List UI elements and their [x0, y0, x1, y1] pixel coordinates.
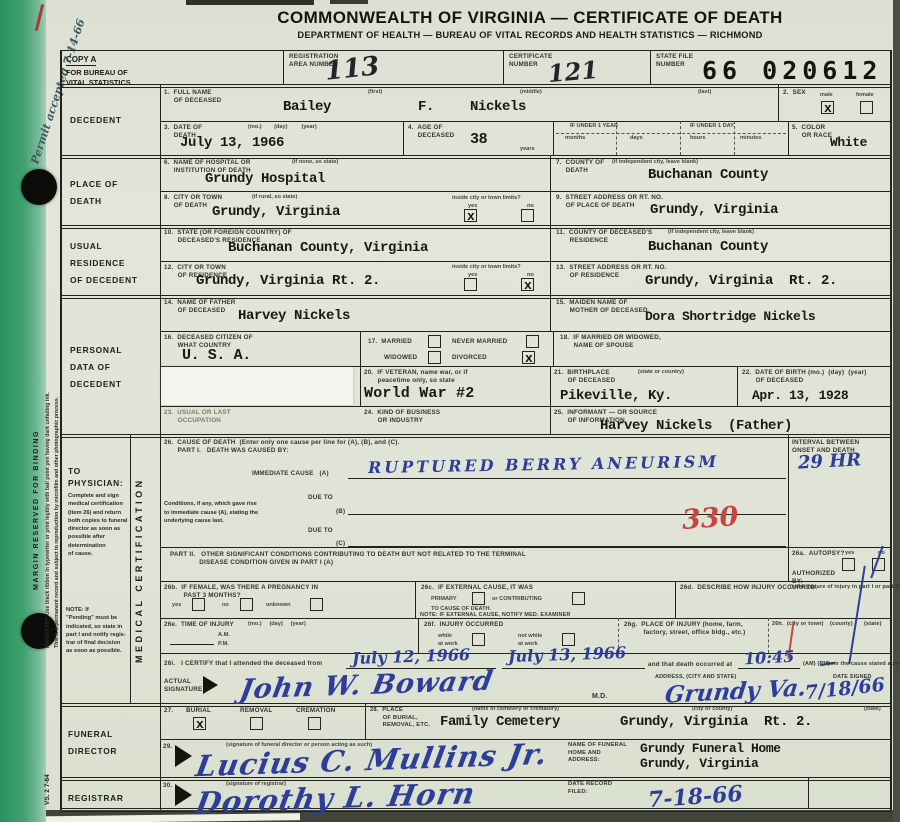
under-1-year-months: months: [565, 135, 585, 142]
section-decedent: DECEDENT: [70, 112, 122, 129]
field-17-never-label: NEVER MARRIED: [452, 338, 507, 346]
rule: [160, 581, 891, 582]
pregnancy-unknown-label: unknown: [266, 602, 291, 609]
rule: [503, 50, 504, 85]
rule: [737, 366, 738, 406]
top-edge-artifact-2: [330, 0, 368, 4]
physician-signature: John W. Boward: [238, 667, 496, 703]
death-limits-yes-mark: x: [467, 210, 475, 223]
field-26-label: 26. CAUSE OF DEATH (Enter only one cause…: [164, 439, 399, 455]
whiteout-patch: [161, 367, 353, 405]
rule: [283, 50, 284, 85]
field-26h-state: (state): [864, 621, 882, 628]
attended-from-value: July 12, 1966: [352, 647, 471, 667]
cause-stated-label: from the cause stated above: [826, 661, 900, 668]
rule: [734, 121, 735, 155]
contributing-checkbox: [572, 592, 585, 605]
section-place-of-death: PLACE OF DEATH: [70, 176, 118, 210]
field-8-value: Grundy, Virginia: [212, 205, 340, 220]
field-26f-label: 26f. INJURY OCCURRED: [424, 621, 503, 629]
field-7-value: Buchanan County: [648, 168, 768, 183]
section-usual-residence: USUAL RESIDENCE OF DECEDENT: [70, 238, 138, 288]
rule: [160, 331, 891, 332]
date-filed-value: 7-18-66: [647, 783, 743, 812]
rule: [60, 84, 891, 88]
margin-important-text: IMPORTANT: Use black ribbon in typewrite…: [45, 218, 54, 648]
section-funeral-director: FUNERAL DIRECTOR: [68, 726, 117, 760]
section-to-physician: TO PHYSICIAN:: [68, 466, 123, 490]
field-27-number: 27.: [164, 707, 173, 715]
rule: [60, 434, 891, 438]
under-1-day-hours: hours: [690, 135, 706, 142]
to-line: [502, 668, 645, 669]
field-10-value: Buchanan County, Virginia: [228, 241, 428, 256]
removal-checkbox: [250, 717, 263, 730]
attended-to-value: July 13, 1966: [508, 645, 627, 665]
rule: [553, 331, 554, 366]
female-checkbox: [860, 101, 873, 114]
field-26e-ampm: A.M. P.M.: [218, 631, 230, 649]
field-17-widowed-label: WIDOWED: [384, 354, 417, 362]
contributing-label: or CONTRIBUTING: [492, 596, 542, 603]
field-1-last-value: Nickels: [470, 100, 526, 115]
field-3-hints: (mo.) (day) (year): [248, 124, 317, 131]
field-17-divorced-label: DIVORCED: [452, 354, 487, 362]
never-married-checkbox: [526, 335, 539, 348]
field-1-label: 1. FULL NAME OF DECEASED: [164, 89, 221, 105]
registrar-arrow-icon: [175, 784, 192, 806]
rule: [160, 261, 891, 262]
rule: [778, 84, 779, 121]
rule: [160, 84, 161, 810]
cemetery-value: Family Cemetery: [440, 715, 560, 730]
time-line: [738, 668, 800, 669]
burial-label: BURIAL: [186, 707, 211, 715]
right-edge-shadow: [893, 0, 900, 822]
funeral-home-label: NAME OF FUNERAL HOME AND ADDRESS:: [568, 742, 627, 765]
field-7-hint: (if independent city, leave blank): [612, 159, 698, 166]
rule: [553, 121, 554, 155]
field-26d-hint: (enter nature of injury in part I or par…: [790, 584, 900, 591]
part-2-label: PART II. OTHER SIGNIFICANT CONDITIONS CO…: [170, 551, 526, 567]
rule: [680, 121, 681, 155]
field-23-label: 23. USUAL OR LAST OCCUPATION: [164, 409, 231, 425]
rule: [60, 50, 891, 51]
actual-signature-label: ACTUAL SIGNATURE: [164, 678, 202, 694]
copy-a-label: COPY A: [66, 55, 96, 66]
field-9-value: Grundy, Virginia: [650, 203, 778, 218]
rule: [360, 331, 361, 406]
autopsy-yes-label: yes: [845, 550, 854, 557]
cause-line-a: [348, 478, 786, 479]
signature-arrow-icon: [203, 676, 218, 694]
field-26h-county: (county): [830, 621, 853, 628]
field-1-last-hint: (last): [698, 89, 711, 96]
funeral-home-value: Grundy Funeral Home Grundy, Virginia: [640, 742, 781, 772]
interval-value: 29 HR: [798, 451, 862, 472]
field-8-limits-label: inside city or town limits?: [452, 195, 521, 202]
margin-binding-text: MARGIN RESERVED FOR BINDING: [33, 240, 44, 590]
field-7-label: 7. COUNTY OF DEATH: [556, 159, 604, 175]
field-29-number: 29.: [163, 743, 172, 751]
residence-limits-yes-checkbox: [464, 278, 477, 291]
field-15-value: Dora Shortridge Nickels: [645, 310, 815, 324]
field-25-value: Harvey Nickels (Father): [600, 419, 792, 434]
field-26g-label: 26g. PLACE OF INJURY (home, farm, factor…: [624, 621, 745, 637]
pregnancy-unknown-checkbox: [310, 598, 323, 611]
death-limits-no-checkbox: [521, 209, 534, 222]
time-of-death-value: 10:45: [744, 649, 795, 668]
time-of-injury-line: [170, 644, 214, 645]
widowed-checkbox: [428, 351, 441, 364]
field-1-first-hint: (first): [368, 89, 382, 96]
rule: [650, 50, 651, 85]
cause-of-death-value: RUPTURED BERRY ANEURISM: [368, 454, 719, 476]
cause-line-c: [348, 546, 786, 547]
to-physician-note: Complete and sign medical certification …: [68, 492, 127, 558]
field-17-married-label: 17. MARRIED: [368, 338, 412, 346]
field-1-first-value: Bailey: [283, 100, 331, 115]
rule: [550, 155, 551, 331]
funeral-director-arrow-icon: [175, 745, 192, 767]
field-4-label: 4. AGE OF DECEASED: [408, 124, 454, 140]
rule: [60, 50, 62, 810]
male-check-mark: x: [824, 102, 832, 115]
rule: [403, 121, 404, 155]
certificate-subtitle: DEPARTMENT OF HEALTH — BUREAU OF VITAL R…: [200, 30, 860, 40]
due-to-label-1: DUE TO: [308, 494, 333, 502]
pregnancy-no-label: no: [222, 602, 229, 609]
field-9-label: 9. STREET ADDRESS OR RT. NO. OF PLACE OF…: [556, 194, 663, 210]
field-14-label: 14. NAME OF FATHER OF DECEASED: [164, 299, 236, 315]
field-26a-label: 26a. AUTOPSY?: [792, 550, 845, 558]
field-1-middle-hint: (middle): [520, 89, 542, 96]
field-26i-label: 26i. I CERTIFY that I attended the decea…: [164, 660, 322, 668]
field-13-value: Grundy, Virginia Rt. 2.: [645, 274, 837, 289]
field-2-male-label: male: [820, 92, 833, 99]
field-5-label: 5. COLOR OR RACE: [792, 124, 832, 140]
field-12-value: Grundy, Virginia Rt. 2.: [196, 274, 380, 289]
certificate-title: COMMONWEALTH OF VIRGINIA — CERTIFICATE O…: [200, 8, 860, 28]
rule: [808, 777, 809, 808]
married-checkbox: [428, 335, 441, 348]
certificate-number-value: 121: [547, 58, 599, 86]
cemetery-hint: (name of cemetery or crematory): [472, 706, 559, 713]
rule: [675, 581, 676, 618]
under-1-year-head: IF UNDER 1 YEAR: [570, 123, 618, 130]
burial-city-value: Grundy, Virginia Rt. 2.: [620, 715, 812, 730]
red-code-number: 330: [681, 503, 739, 534]
rule: [160, 121, 891, 122]
field-20-value: World War #2: [364, 386, 474, 403]
pregnancy-no-checkbox: [240, 598, 253, 611]
pregnancy-yes-label: yes: [172, 602, 181, 609]
field-21-label: 21. BIRTHPLACE OF DECEASED: [554, 369, 615, 385]
top-edge-artifact: [186, 0, 314, 5]
pending-note: NOTE: If "Pending" must be indicated, so…: [66, 606, 126, 656]
immediate-cause-label: IMMEDIATE CAUSE (A): [252, 470, 329, 478]
form-code: VS. 2 7-64: [44, 735, 54, 805]
death-certificate-scan: Permit accepted 7-14-66 MARGIN RESERVED …: [0, 0, 900, 822]
rule: [788, 434, 789, 581]
field-2-female-label: female: [856, 92, 874, 99]
rule: [556, 133, 786, 134]
removal-label: REMOVAL: [240, 707, 272, 715]
margin-permanent-text: This is a permanent record and subject t…: [54, 218, 63, 648]
section-registrar: REGISTRAR: [68, 790, 124, 807]
field-11-value: Buchanan County: [648, 240, 768, 255]
rule: [788, 121, 789, 155]
rule: [130, 434, 131, 703]
under-1-day-head: IF UNDER 1 DAY: [690, 123, 734, 130]
rule: [890, 50, 892, 810]
rule: [160, 406, 891, 407]
autopsy-yes-checkbox: [842, 558, 855, 571]
rule: [160, 547, 891, 548]
burial-city-hint: (city or county): [692, 706, 732, 713]
field-5-value: White: [830, 136, 867, 150]
section-personal-data: PERSONAL DATA OF DECEDENT: [70, 342, 122, 392]
field-26e-hints: (mo.) (day) (year): [248, 621, 306, 628]
field-18-label: 18. IF MARRIED OR WIDOWED, NAME OF SPOUS…: [560, 334, 661, 350]
cremation-label: CREMATION: [296, 707, 335, 715]
field-26e-label: 26e. TIME OF INJURY: [164, 621, 234, 629]
field-28-label: 28. PLACE OF BURIAL, REMOVAL, ETC.: [370, 707, 430, 730]
burial-state-hint: (state): [864, 706, 881, 713]
state-file-number-label: STATE FILE NUMBER: [656, 53, 693, 69]
death-occurred-label: and that death occurred at: [648, 661, 732, 669]
section-medical-certification: MEDICAL CERTIFICATION: [134, 444, 156, 696]
state-file-number-value: 66 020612: [702, 56, 882, 85]
field-3-value: July 13, 1966: [180, 136, 284, 151]
certificate-number-label: CERTIFICATE NUMBER: [509, 53, 552, 69]
field-30-number: 30.: [163, 782, 172, 790]
field-2-label: 2. SEX: [783, 89, 806, 97]
field-11-hint: (if independent city, leave blank): [668, 229, 754, 236]
field-1-middle-value: F.: [418, 100, 434, 115]
date-signed-value: 7/18/66: [804, 676, 886, 703]
field-22-label: 22. DATE OF BIRTH (mo.) (day) (year) OF …: [742, 369, 867, 385]
field-14-value: Harvey Nickels: [238, 309, 350, 324]
field-12-limits-label: inside city or town limits?: [452, 264, 521, 271]
field-26c-label: 26c. IF EXTERNAL CAUSE, IT WAS: [421, 584, 533, 592]
field-24-label: 24. KIND OF BUSINESS OR INDUSTRY: [364, 409, 440, 425]
cremation-checkbox: [308, 717, 321, 730]
pregnancy-yes-checkbox: [192, 598, 205, 611]
field-26h-label: 26h. (city or town): [772, 621, 824, 628]
field-21-value: Pikeville, Ky.: [560, 389, 672, 404]
field-21-hint: (state or country): [638, 369, 684, 376]
rule: [415, 581, 416, 618]
rule: [60, 808, 891, 812]
field-16-value: U. S. A.: [182, 348, 251, 365]
divorced-check-mark: x: [525, 352, 533, 365]
field-6-value: Grundy Hospital: [205, 172, 325, 187]
rule: [365, 703, 366, 739]
primary-checkbox: [472, 592, 485, 605]
under-1-day-minutes: minutes: [740, 135, 761, 142]
md-label: M.D.: [592, 692, 608, 701]
registration-area-value: 113: [324, 53, 381, 85]
burial-check-mark: x: [196, 718, 204, 731]
address-value: Grundy Va.: [664, 676, 808, 707]
date-filed-label: DATE RECORD FILED:: [568, 781, 612, 796]
field-22-value: Apr. 13, 1928: [752, 389, 848, 403]
due-to-label-2: DUE TO: [308, 527, 333, 535]
conditions-note: Conditions, if any, which gave rise to i…: [164, 500, 258, 526]
field-4-value: 38: [470, 132, 487, 149]
field-15-label: 15. MAIDEN NAME OF MOTHER OF DECEASED: [556, 299, 648, 315]
cause-b-label: (B): [336, 508, 345, 516]
field-8-hint: (if rural, so state): [252, 194, 297, 201]
residence-limits-no-mark: x: [524, 279, 532, 292]
rule: [160, 191, 891, 192]
field-11-label: 11. COUNTY OF DECEASED'S RESIDENCE: [556, 229, 652, 245]
rule: [550, 366, 551, 434]
while-at-work-checkbox: [472, 633, 485, 646]
field-4-unit: years: [520, 146, 535, 153]
under-1-year-days: days: [630, 135, 643, 142]
cause-c-label: (C): [336, 540, 345, 548]
primary-label: PRIMARY: [431, 596, 457, 603]
field-6-hint: (if none, so state): [292, 159, 338, 166]
field-20-label: 20. IF VETERAN, name war, or if peacetim…: [364, 369, 468, 385]
external-cause-note: NOTE: IF EXTERNAL CAUSE, NOTIFY MED. EXA…: [420, 612, 570, 619]
